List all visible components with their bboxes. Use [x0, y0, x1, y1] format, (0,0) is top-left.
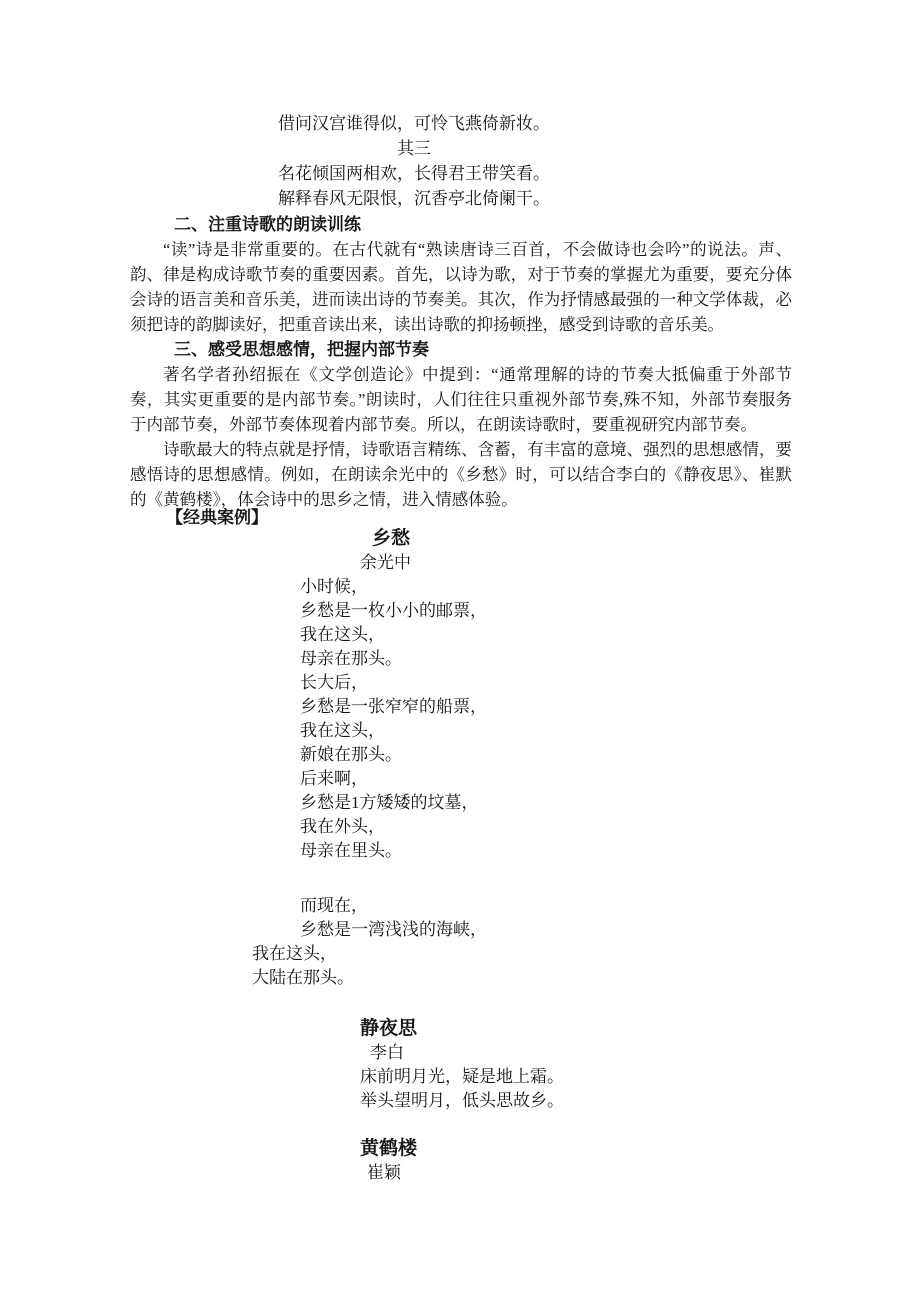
stanza-gap — [300, 863, 487, 894]
poem-line: 我在这头， — [300, 719, 487, 743]
poem-title: 乡愁 — [372, 527, 487, 551]
poem-author: 余光中 — [360, 551, 487, 575]
section-three-paragraph-1: 著名学者孙绍振在《文学创造论》中提到：“通常理解的诗的节奏大抵偏重于外部节奏，其… — [130, 362, 792, 437]
poem-line: 我在这头， — [252, 942, 487, 966]
poem-line: 举头望明月，低头思故乡。 — [360, 1089, 564, 1113]
poem-line: 母亲在那头。 — [300, 647, 487, 671]
poem-line: 名花倾国两相欢，长得君王带笑看。 — [278, 161, 550, 186]
poem-line: 而现在， — [300, 894, 487, 918]
main-text-column: 二、注重诗歌的朗读训练 “读”诗是非常重要的。在古代就有“熟读唐诗三百首，不会做… — [130, 212, 792, 530]
poem-line: 小时候， — [300, 575, 487, 599]
poem-author: 崔颖 — [367, 1161, 417, 1185]
section-two-paragraph: “读”诗是非常重要的。在古代就有“熟读唐诗三百首，不会做诗也会吟”的说法。声、韵… — [130, 237, 792, 337]
poem-jingyesi: 静夜思 李白 床前明月光，疑是地上霜。 举头望明月，低头思故乡。 — [360, 1017, 564, 1113]
poem-line: 乡愁是1方矮矮的坟墓， — [300, 791, 487, 815]
poem-line: 乡愁是一枚小小的邮票， — [300, 599, 487, 623]
poem-line: 解释春风无限恨，沉香亭北倚阑干。 — [278, 186, 550, 211]
poem-line: 大陆在那头。 — [252, 966, 487, 990]
section-three-paragraph-2: 诗歌最大的特点就是抒情，诗歌语言精练、含蓄，有丰富的意境、强烈的思想感情，要感悟… — [130, 437, 792, 512]
poem-title: 黄鹤楼 — [360, 1137, 417, 1161]
poem-author: 李白 — [370, 1041, 564, 1065]
poem-line: 后来啊， — [300, 767, 487, 791]
poem-xiangchou: 乡愁 余光中 小时候， 乡愁是一枚小小的邮票， 我在这头， 母亲在那头。 长大后… — [300, 527, 487, 990]
poem-line: 我在这头， — [300, 623, 487, 647]
poem-line: 乡愁是一张窄窄的船票， — [300, 695, 487, 719]
document-page: 借问汉宫谁得似，可怜飞燕倚新妆。 其三 名花倾国两相欢，长得君王带笑看。 解释春… — [0, 0, 920, 1301]
poem-title: 静夜思 — [360, 1017, 564, 1041]
poem-line: 我在外头， — [300, 815, 487, 839]
section-heading-three: 三、感受思想感情，把握内部节奏 — [130, 337, 792, 362]
poem-huanghelou: 黄鹤楼 崔颖 — [360, 1137, 417, 1185]
poem-line: 母亲在里头。 — [300, 839, 487, 863]
poem-qingping-diao: 借问汉宫谁得似，可怜飞燕倚新妆。 其三 名花倾国两相欢，长得君王带笑看。 解释春… — [278, 111, 550, 211]
poem-line: 借问汉宫谁得似，可怜飞燕倚新妆。 — [278, 111, 550, 136]
poem-stanza-label: 其三 — [278, 136, 550, 161]
poem-line: 乡愁是一湾浅浅的海峡， — [300, 918, 487, 942]
poem-line: 新娘在那头。 — [300, 743, 487, 767]
section-heading-two: 二、注重诗歌的朗读训练 — [130, 212, 792, 237]
poem-line: 床前明月光，疑是地上霜。 — [360, 1065, 564, 1089]
poem-line: 长大后， — [300, 671, 487, 695]
